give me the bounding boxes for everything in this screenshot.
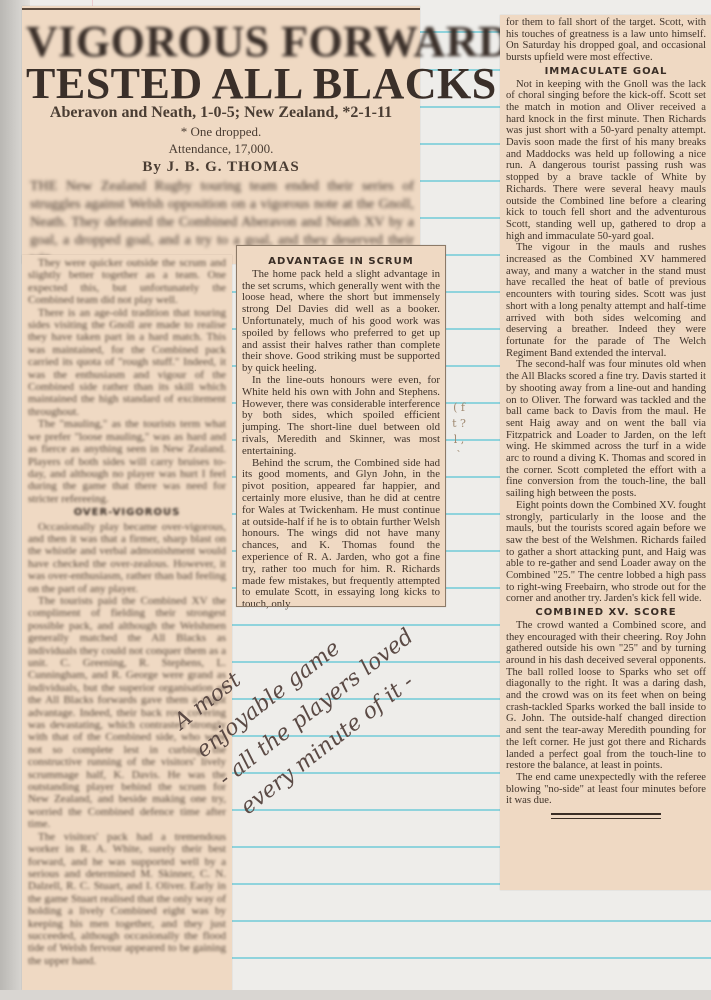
notebook-page: VIGOROUS FORWARDS TESTED ALL BLACKS Aber… [0,0,711,1000]
paragraph: The "mauling," as the tourists term what… [28,418,226,505]
paragraph: The crowd wanted a Combined score, and t… [506,620,706,772]
paragraph: They were quicker outside the scrum and … [28,257,226,307]
paragraph: The home pack held a slight advantage in… [242,269,440,375]
end-rule [551,813,661,819]
paragraph: The end came unexpectedly with the refer… [506,772,706,807]
score-note: * One dropped. [22,124,420,140]
pencil-marks: ( f t ? l , ` [452,400,466,590]
paragraph: Not in keeping with the Gnoll was the la… [506,79,706,243]
paragraph: There is an age-old tradition that touri… [28,307,226,419]
lead-paragraph: for them to fall short of the target. Sc… [506,17,706,64]
page-edge [0,990,711,1000]
subhead-advantage-in-scrum: ADVANTAGE IN SCRUM [242,256,440,268]
byline: By J. B. G. THOMAS [22,159,420,176]
scrum-column-text: ADVANTAGE IN SCRUM The home pack held a … [236,245,446,613]
right-column-clipping: for them to fall short of the target. Sc… [500,15,711,890]
headline-line-1: VIGOROUS FORWARDS [26,20,420,64]
right-column-text: for them to fall short of the target. Sc… [500,15,711,823]
subhead-combined-xv-score: COMBINED XV. SCORE [506,607,706,619]
score-line: Aberavon and Neath, 1-0-5; New Zealand, … [22,104,420,122]
left-column-clipping: They were quicker outside the scrum and … [22,255,232,990]
top-rule [22,8,420,10]
subhead-immaculate-goal: IMMACULATE GOAL [506,66,706,78]
scrum-column-clipping: ADVANTAGE IN SCRUM The home pack held a … [236,245,446,607]
paragraph: Occasionally play became over-vigorous, … [28,521,226,595]
subhead-over-vigorous: OVER-VIGOROUS [28,507,226,519]
headline-clipping: VIGOROUS FORWARDS TESTED ALL BLACKS Aber… [22,6,420,264]
paragraph: The vigour in the mauls and rushes incre… [506,242,706,359]
headline-line-2: TESTED ALL BLACKS [26,62,420,106]
paragraph: The second-half was four minutes old whe… [506,359,706,499]
left-column-text: They were quicker outside the scrum and … [22,255,232,969]
paragraph: Eight points down the Combined XV. fough… [506,500,706,605]
paragraph: The visitors' pack had a tremendous work… [28,831,226,967]
headline-2-text: TESTED ALL BLACKS [26,59,497,108]
paragraph: In the line-outs honours were even, for … [242,375,440,458]
attendance: Attendance, 17,000. [22,141,420,157]
